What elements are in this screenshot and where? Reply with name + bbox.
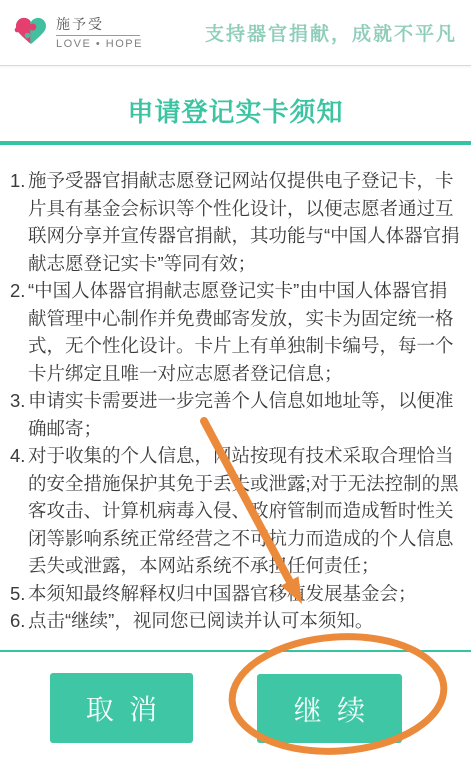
app-header: 施予受 LOVE • HOPE 支持器官捐献，成就不平凡	[0, 0, 471, 66]
term-number: 1.	[10, 167, 28, 277]
terms-list: 1. 施予受器官捐献志愿登记网站仅提供电子登记卡，卡片具有基金会标识等个性化设计…	[10, 167, 460, 635]
term-number: 4.	[10, 442, 28, 580]
page-title: 申请登记实卡须知	[0, 92, 471, 129]
term-text: 施予受器官捐献志愿登记网站仅提供电子登记卡，卡片具有基金会标识等个性化设计，以便…	[28, 167, 460, 277]
term-text: 申请实卡需要进一步完善个人信息如地址等，以便准确邮寄；	[28, 387, 460, 442]
brand-text-block: 施予受 LOVE • HOPE	[56, 16, 143, 50]
mobile-screen: 施予受 LOVE • HOPE 支持器官捐献，成就不平凡 申请登记实卡须知 1.…	[0, 0, 471, 770]
term-item: 6. 点击“继续”，视同您已阅读并认可本须知。	[10, 607, 460, 635]
term-text: 对于收集的个人信息，网站按现有技术采取合理恰当的安全措施保护其免于丢失或泄露;对…	[28, 442, 460, 580]
brand-logo: 施予受 LOVE • HOPE	[14, 16, 143, 50]
cancel-button[interactable]: 取消	[50, 673, 193, 743]
term-number: 2.	[10, 277, 28, 387]
continue-button[interactable]: 继续	[257, 674, 402, 743]
header-slogan: 支持器官捐献，成就不平凡	[205, 19, 457, 46]
term-number: 3.	[10, 387, 28, 442]
term-item: 2. “中国人体器官捐献志愿登记实卡”由中国人体器官捐献管理中心制作并免费邮寄发…	[10, 277, 460, 387]
term-item: 3. 申请实卡需要进一步完善个人信息如地址等，以便准确邮寄；	[10, 387, 460, 442]
term-text: 点击“继续”，视同您已阅读并认可本须知。	[28, 607, 460, 635]
term-number: 6.	[10, 607, 28, 635]
brand-name: 施予受	[56, 16, 140, 36]
top-divider	[0, 141, 471, 145]
term-text: 本须知最终解释权归中国器官移植发展基金会；	[28, 580, 460, 608]
term-text: “中国人体器官捐献志愿登记实卡”由中国人体器官捐献管理中心制作并免费邮寄发放，实…	[28, 277, 460, 387]
puzzle-heart-icon	[14, 15, 48, 49]
term-item: 4. 对于收集的个人信息，网站按现有技术采取合理恰当的安全措施保护其免于丢失或泄…	[10, 442, 460, 580]
term-item: 1. 施予受器官捐献志愿登记网站仅提供电子登记卡，卡片具有基金会标识等个性化设计…	[10, 167, 460, 277]
term-item: 5. 本须知最终解释权归中国器官移植发展基金会；	[10, 580, 460, 608]
term-number: 5.	[10, 580, 28, 608]
brand-tagline: LOVE • HOPE	[56, 38, 143, 50]
section-divider	[0, 650, 471, 652]
